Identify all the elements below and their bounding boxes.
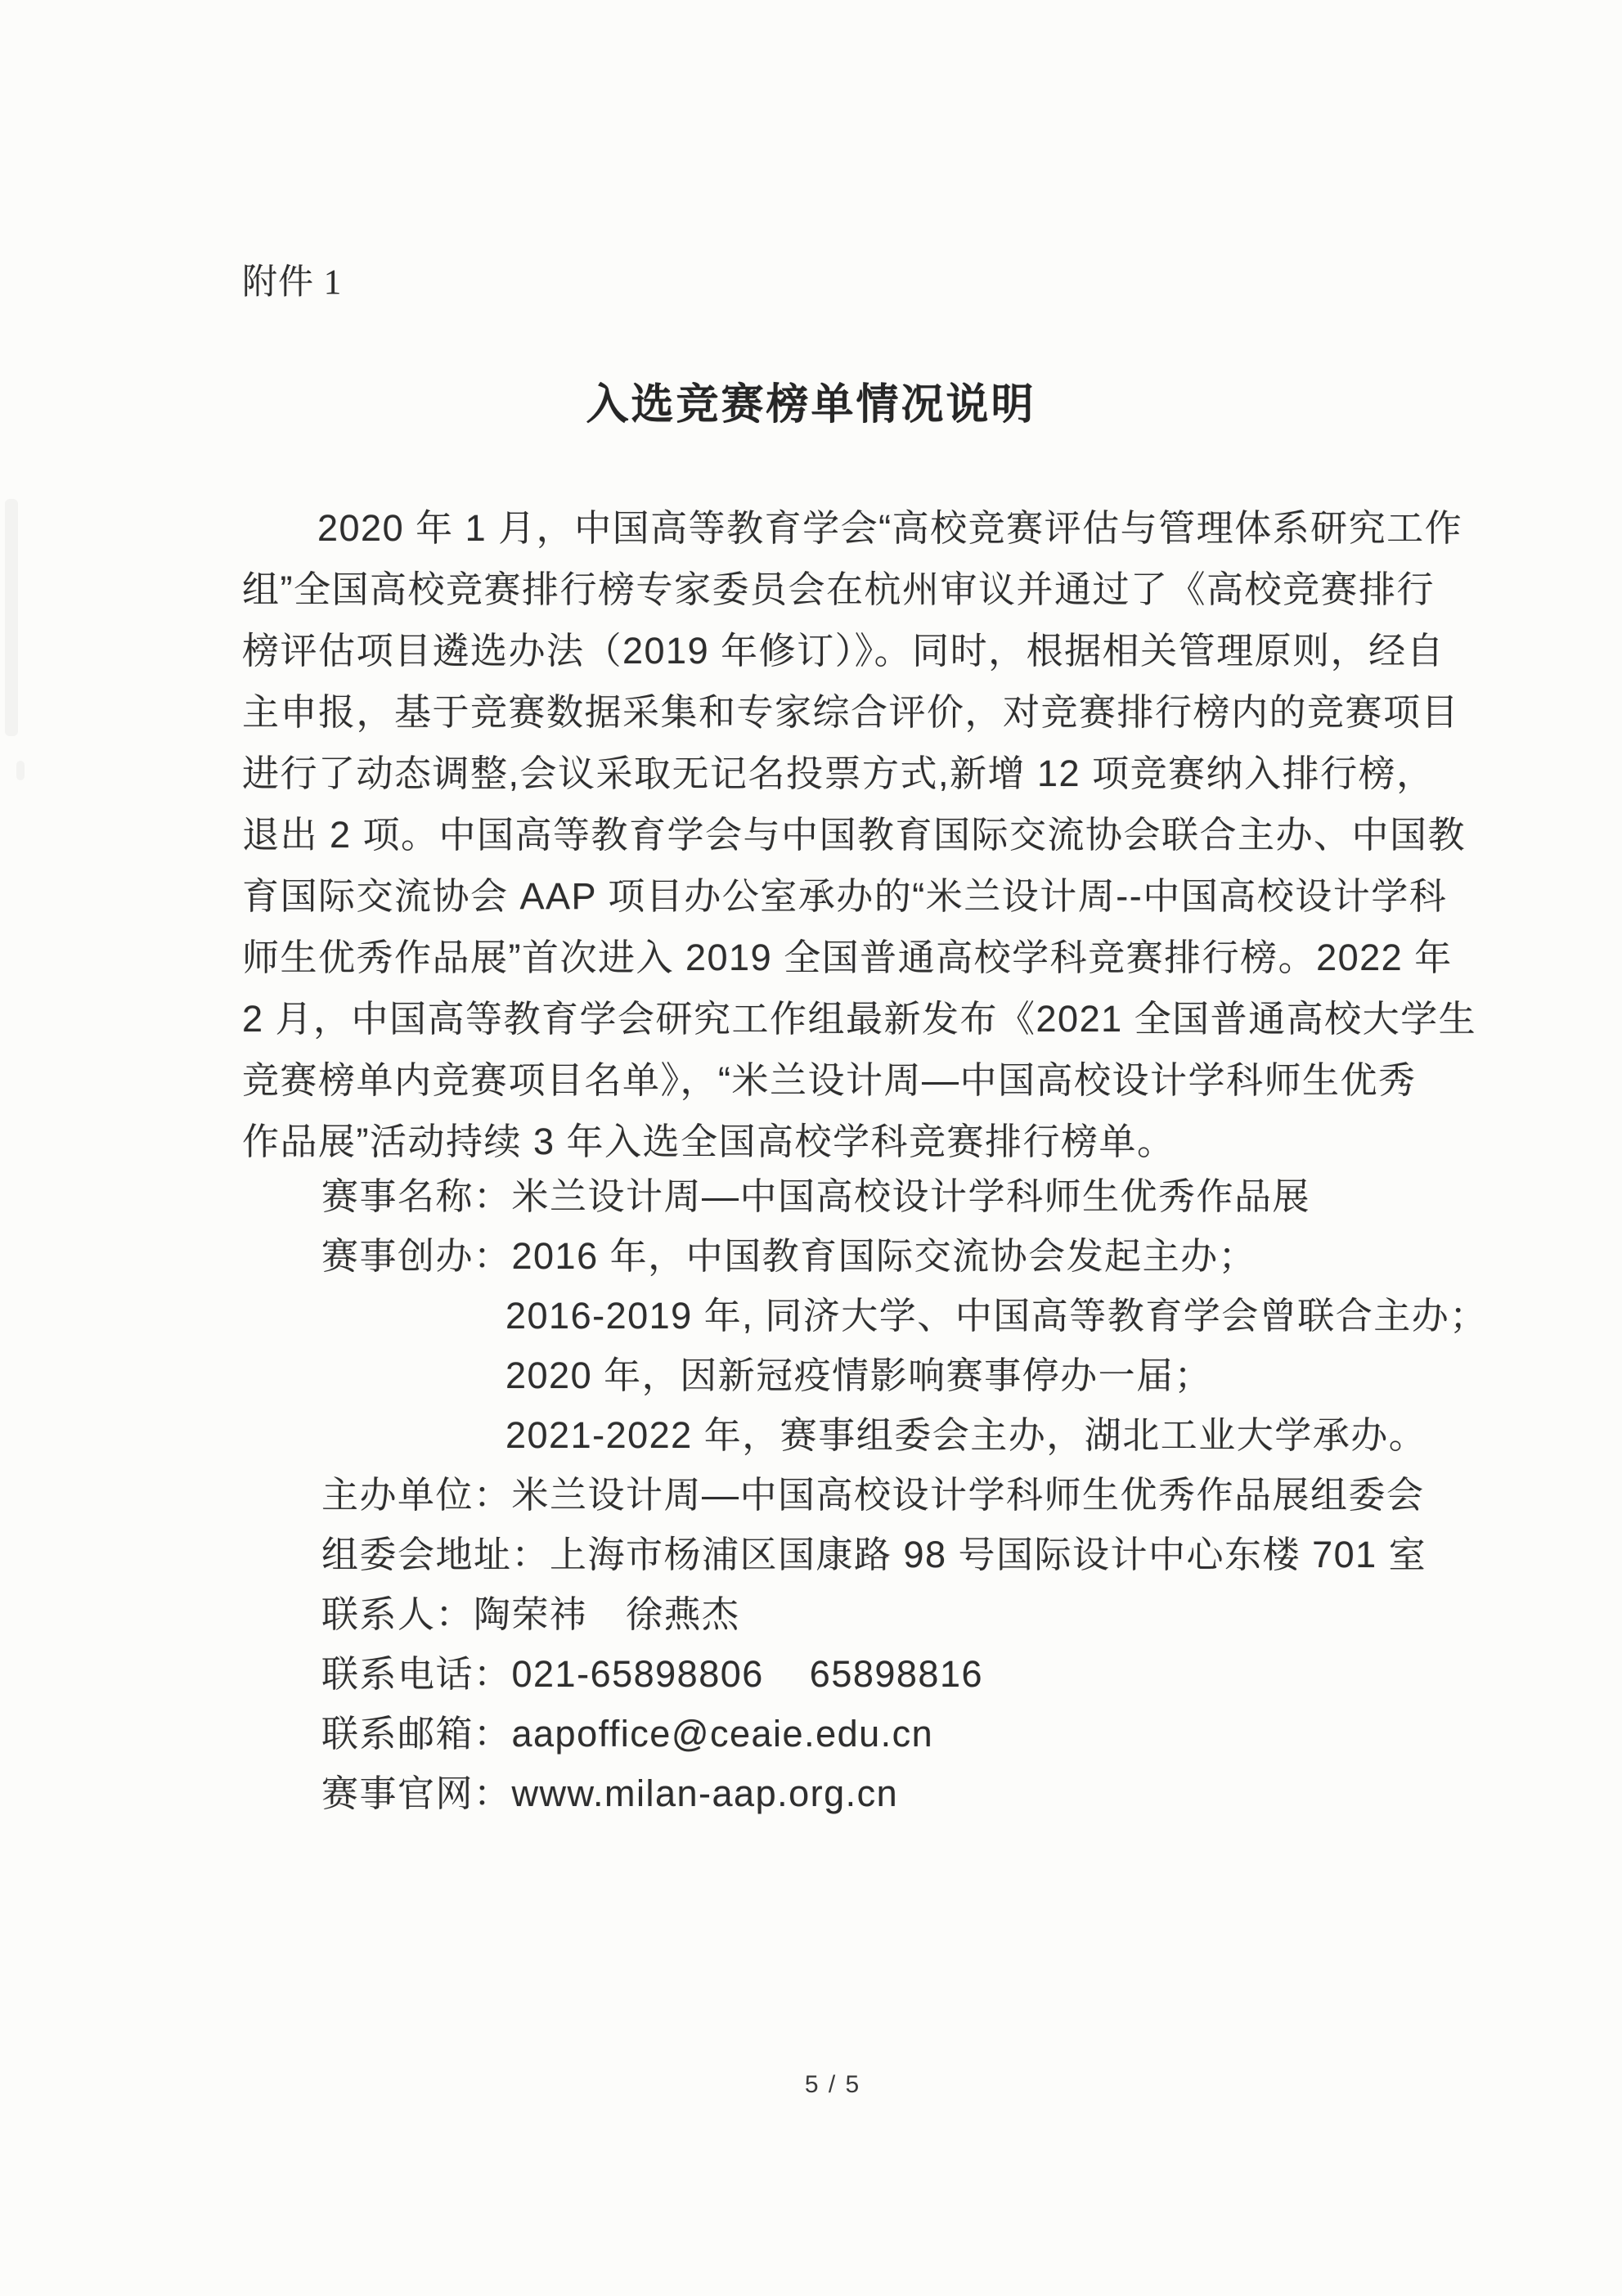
detail-line-contact-person: 联系人：陶荣祎 徐燕杰 xyxy=(242,1584,1420,1644)
body-paragraph: 2020 年 1 月，中国高等教育学会“高校竞赛评估与管理体系研究工作 组”全国… xyxy=(242,497,1420,1172)
paragraph-line: 2020 年 1 月，中国高等教育学会“高校竞赛评估与管理体系研究工作 xyxy=(242,497,1420,559)
detail-line-event-founding-cont: 2021-2022 年，赛事组委会主办，湖北工业大学承办。 xyxy=(242,1405,1420,1465)
detail-line-event-founding-cont: 2016-2019 年, 同济大学、中国高等教育学会曾联合主办； xyxy=(242,1286,1420,1346)
detail-line-event-founding: 赛事创办：2016 年，中国教育国际交流协会发起主办； xyxy=(242,1226,1420,1286)
attachment-label: 附件 1 xyxy=(242,260,342,306)
paragraph-line: 2 月，中国高等教育学会研究工作组最新发布《2021 全国普通高校大学生 xyxy=(242,988,1420,1049)
paragraph-line: 主申报，基于竞赛数据采集和专家综合评价，对竞赛排行榜内的竞赛项目 xyxy=(242,681,1420,743)
detail-line-committee-address: 组委会地址：上海市杨浦区国康路 98 号国际设计中心东楼 701 室 xyxy=(242,1525,1420,1584)
document-title: 入选竞赛榜单情况说明 xyxy=(0,370,1622,431)
detail-line-contact-email: 联系邮箱：aapoffice@ceaie.edu.cn xyxy=(242,1704,1420,1764)
paragraph-line: 师生优秀作品展”首次进入 2019 全国普通高校学科竞赛排行榜。2022 年 xyxy=(242,927,1420,988)
scan-artifact xyxy=(5,499,18,736)
paragraph-line: 竞赛榜单内竞赛项目名单》，“米兰设计周—中国高校设计学科师生优秀 xyxy=(242,1049,1420,1111)
page-number: 5 / 5 xyxy=(805,2071,860,2099)
paragraph-line: 作品展”活动持续 3 年入选全国高校学科竞赛排行榜单。 xyxy=(242,1111,1420,1172)
detail-line-organizer: 主办单位：米兰设计周—中国高校设计学科师生优秀作品展组委会 xyxy=(242,1465,1420,1525)
paragraph-line: 进行了动态调整,会议采取无记名投票方式,新增 12 项竞赛纳入排行榜， xyxy=(242,743,1420,804)
paragraph-line: 退出 2 项。中国高等教育学会与中国教育国际交流协会联合主办、中国教 xyxy=(242,804,1420,865)
event-details-list: 赛事名称：米兰设计周—中国高校设计学科师生优秀作品展 赛事创办：2016 年，中… xyxy=(242,1166,1420,1823)
paragraph-line: 组”全国高校竞赛排行榜专家委员会在杭州审议并通过了《高校竞赛排行 xyxy=(242,559,1420,620)
paragraph-line: 育国际交流协会 AAP 项目办公室承办的“米兰设计周--中国高校设计学科 xyxy=(242,865,1420,927)
detail-line-event-name: 赛事名称：米兰设计周—中国高校设计学科师生优秀作品展 xyxy=(242,1166,1420,1226)
detail-line-official-website: 赛事官网：www.milan-aap.org.cn xyxy=(242,1764,1420,1823)
document-page: 附件 1 入选竞赛榜单情况说明 2020 年 1 月，中国高等教育学会“高校竞赛… xyxy=(0,0,1622,2296)
scan-artifact xyxy=(16,761,25,780)
detail-line-contact-phone: 联系电话：021-65898806 65898816 xyxy=(242,1644,1420,1704)
detail-line-event-founding-cont: 2020 年，因新冠疫情影响赛事停办一届； xyxy=(242,1346,1420,1405)
paragraph-line: 榜评估项目遴选办法（2019 年修订）》。同时，根据相关管理原则，经自 xyxy=(242,620,1420,681)
